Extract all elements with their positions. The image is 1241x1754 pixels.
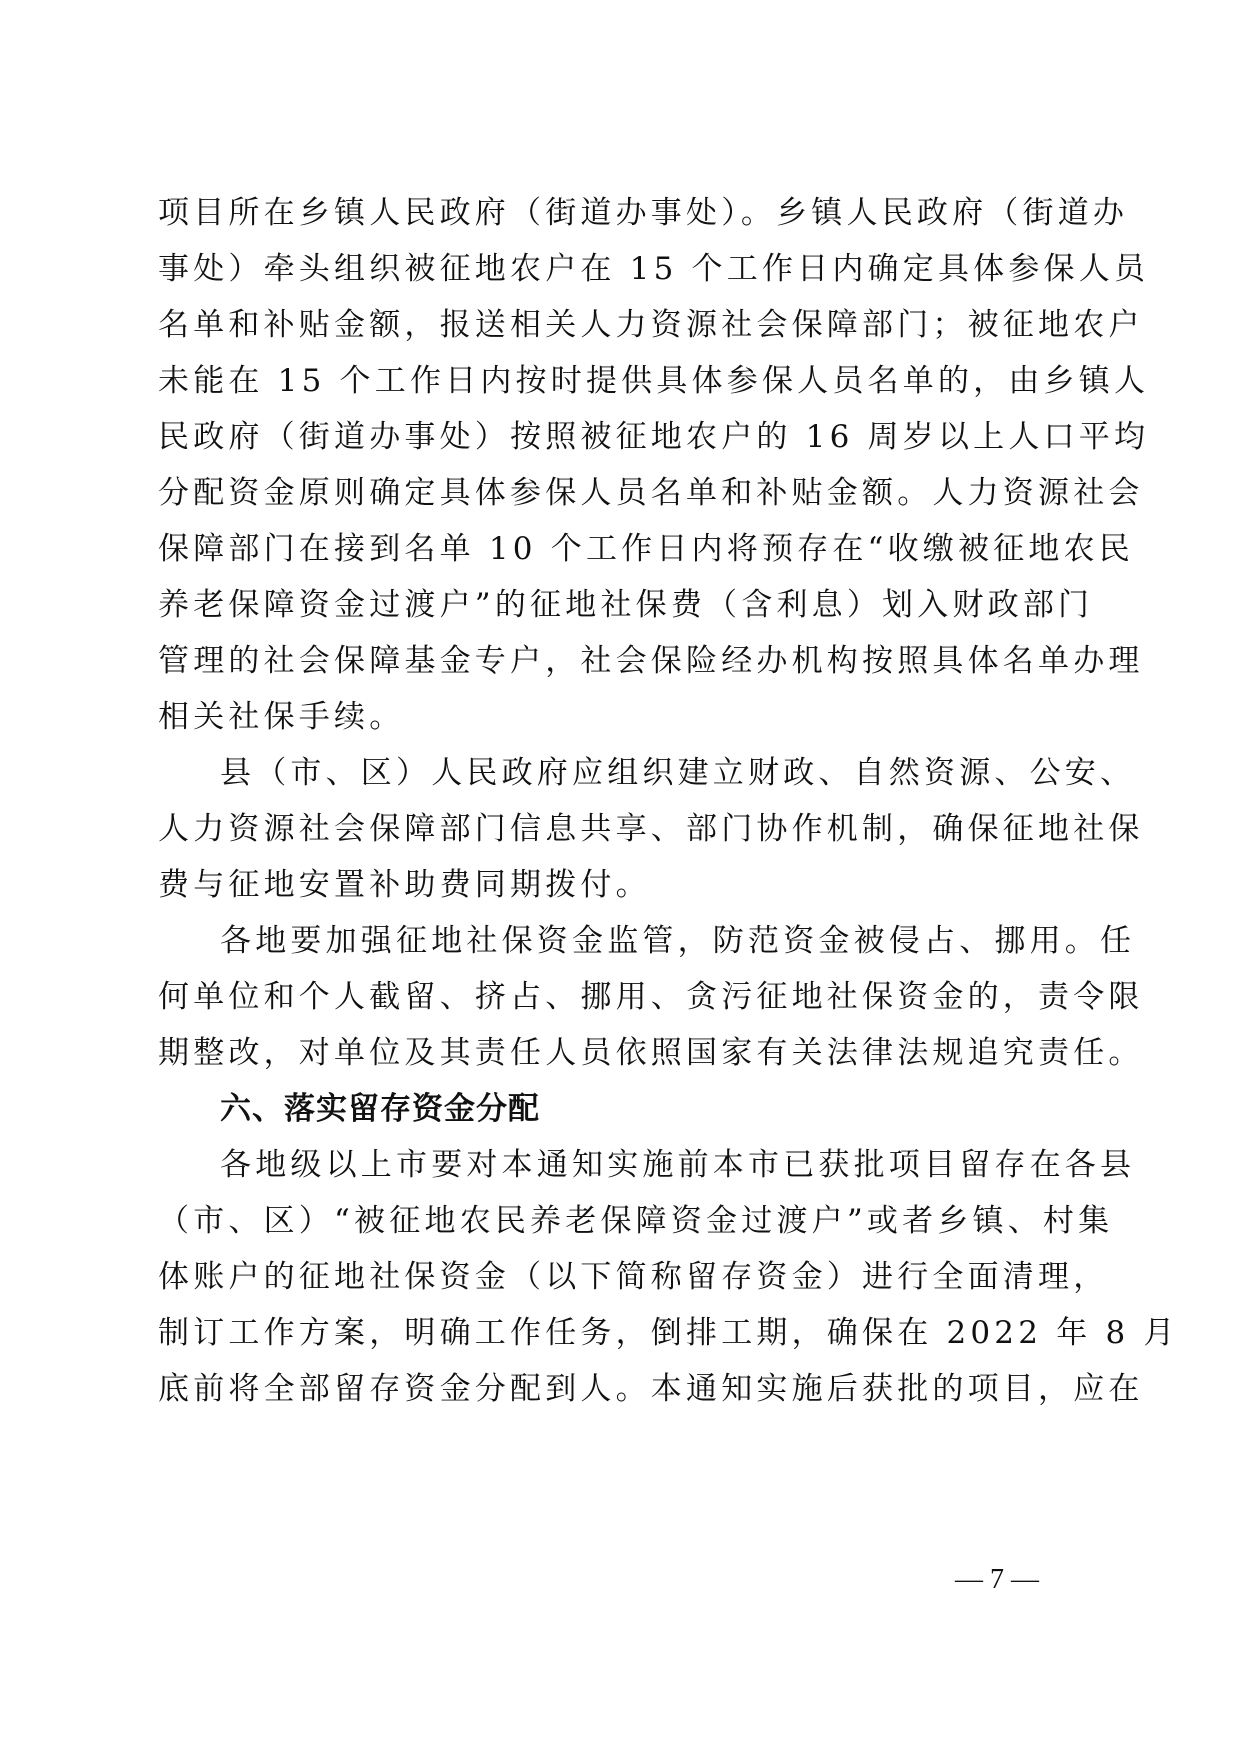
text-line: 保障部门在接到名单 10 个工作日内将预存在“收缴被征地农民 [158, 521, 1073, 577]
text-line: 人力资源社会保障部门信息共享、部门协作机制，确保征地社保 [158, 801, 1073, 857]
text-line: 体账户的征地社保资金（以下简称留存资金）进行全面清理， [158, 1249, 1073, 1305]
document-page: 项目所在乡镇人民政府（街道办事处）。乡镇人民政府（街道办 事处）牵头组织被征地农… [0, 0, 1241, 1754]
text-line: 期整改，对单位及其责任人员依照国家有关法律法规追究责任。 [158, 1025, 1073, 1081]
text-line: 民政府（街道办事处）按照被征地农户的 16 周岁以上人口平均 [158, 409, 1073, 465]
text-line: 项目所在乡镇人民政府（街道办事处）。乡镇人民政府（街道办 [158, 185, 1073, 241]
document-body: 项目所在乡镇人民政府（街道办事处）。乡镇人民政府（街道办 事处）牵头组织被征地农… [158, 185, 1073, 1417]
page-number: — 7 — [955, 1562, 1039, 1598]
paragraph-retained-funds: 各地级以上市要对本通知实施前本市已获批项目留存在各县 （市、区）“被征地农民养老… [158, 1137, 1073, 1417]
text-line: 事处）牵头组织被征地农户在 15 个工作日内确定具体参保人员 [158, 241, 1073, 297]
paragraph-continuation: 项目所在乡镇人民政府（街道办事处）。乡镇人民政府（街道办 事处）牵头组织被征地农… [158, 185, 1073, 745]
text-line: 养老保障资金过渡户”的征地社保费（含利息）划入财政部门 [158, 577, 1073, 633]
text-line: 相关社保手续。 [158, 689, 1073, 745]
text-line: 各地要加强征地社保资金监管，防范资金被侵占、挪用。任 [158, 913, 1073, 969]
text-line: 县（市、区）人民政府应组织建立财政、自然资源、公安、 [158, 745, 1073, 801]
text-line: 制订工作方案，明确工作任务，倒排工期，确保在 2022 年 8 月 [158, 1305, 1073, 1361]
text-line: 费与征地安置补助费同期拨付。 [158, 857, 1073, 913]
text-line: 分配资金原则确定具体参保人员名单和补贴金额。人力资源社会 [158, 465, 1073, 521]
text-line: 底前将全部留存资金分配到人。本通知实施后获批的项目，应在 [158, 1361, 1073, 1417]
text-line: 未能在 15 个工作日内按时提供具体参保人员名单的，由乡镇人 [158, 353, 1073, 409]
text-line: 各地级以上市要对本通知实施前本市已获批项目留存在各县 [158, 1137, 1073, 1193]
paragraph-info-sharing: 县（市、区）人民政府应组织建立财政、自然资源、公安、 人力资源社会保障部门信息共… [158, 745, 1073, 913]
text-line: 管理的社会保障基金专户，社会保险经办机构按照具体名单办理 [158, 633, 1073, 689]
paragraph-fund-supervision: 各地要加强征地社保资金监管，防范资金被侵占、挪用。任 何单位和个人截留、挤占、挪… [158, 913, 1073, 1081]
section-heading: 六、落实留存资金分配 [158, 1081, 1073, 1137]
text-line: （市、区）“被征地农民养老保障资金过渡户”或者乡镇、村集 [158, 1193, 1073, 1249]
text-line: 何单位和个人截留、挤占、挪用、贪污征地社保资金的，责令限 [158, 969, 1073, 1025]
text-line: 名单和补贴金额，报送相关人力资源社会保障部门；被征地农户 [158, 297, 1073, 353]
